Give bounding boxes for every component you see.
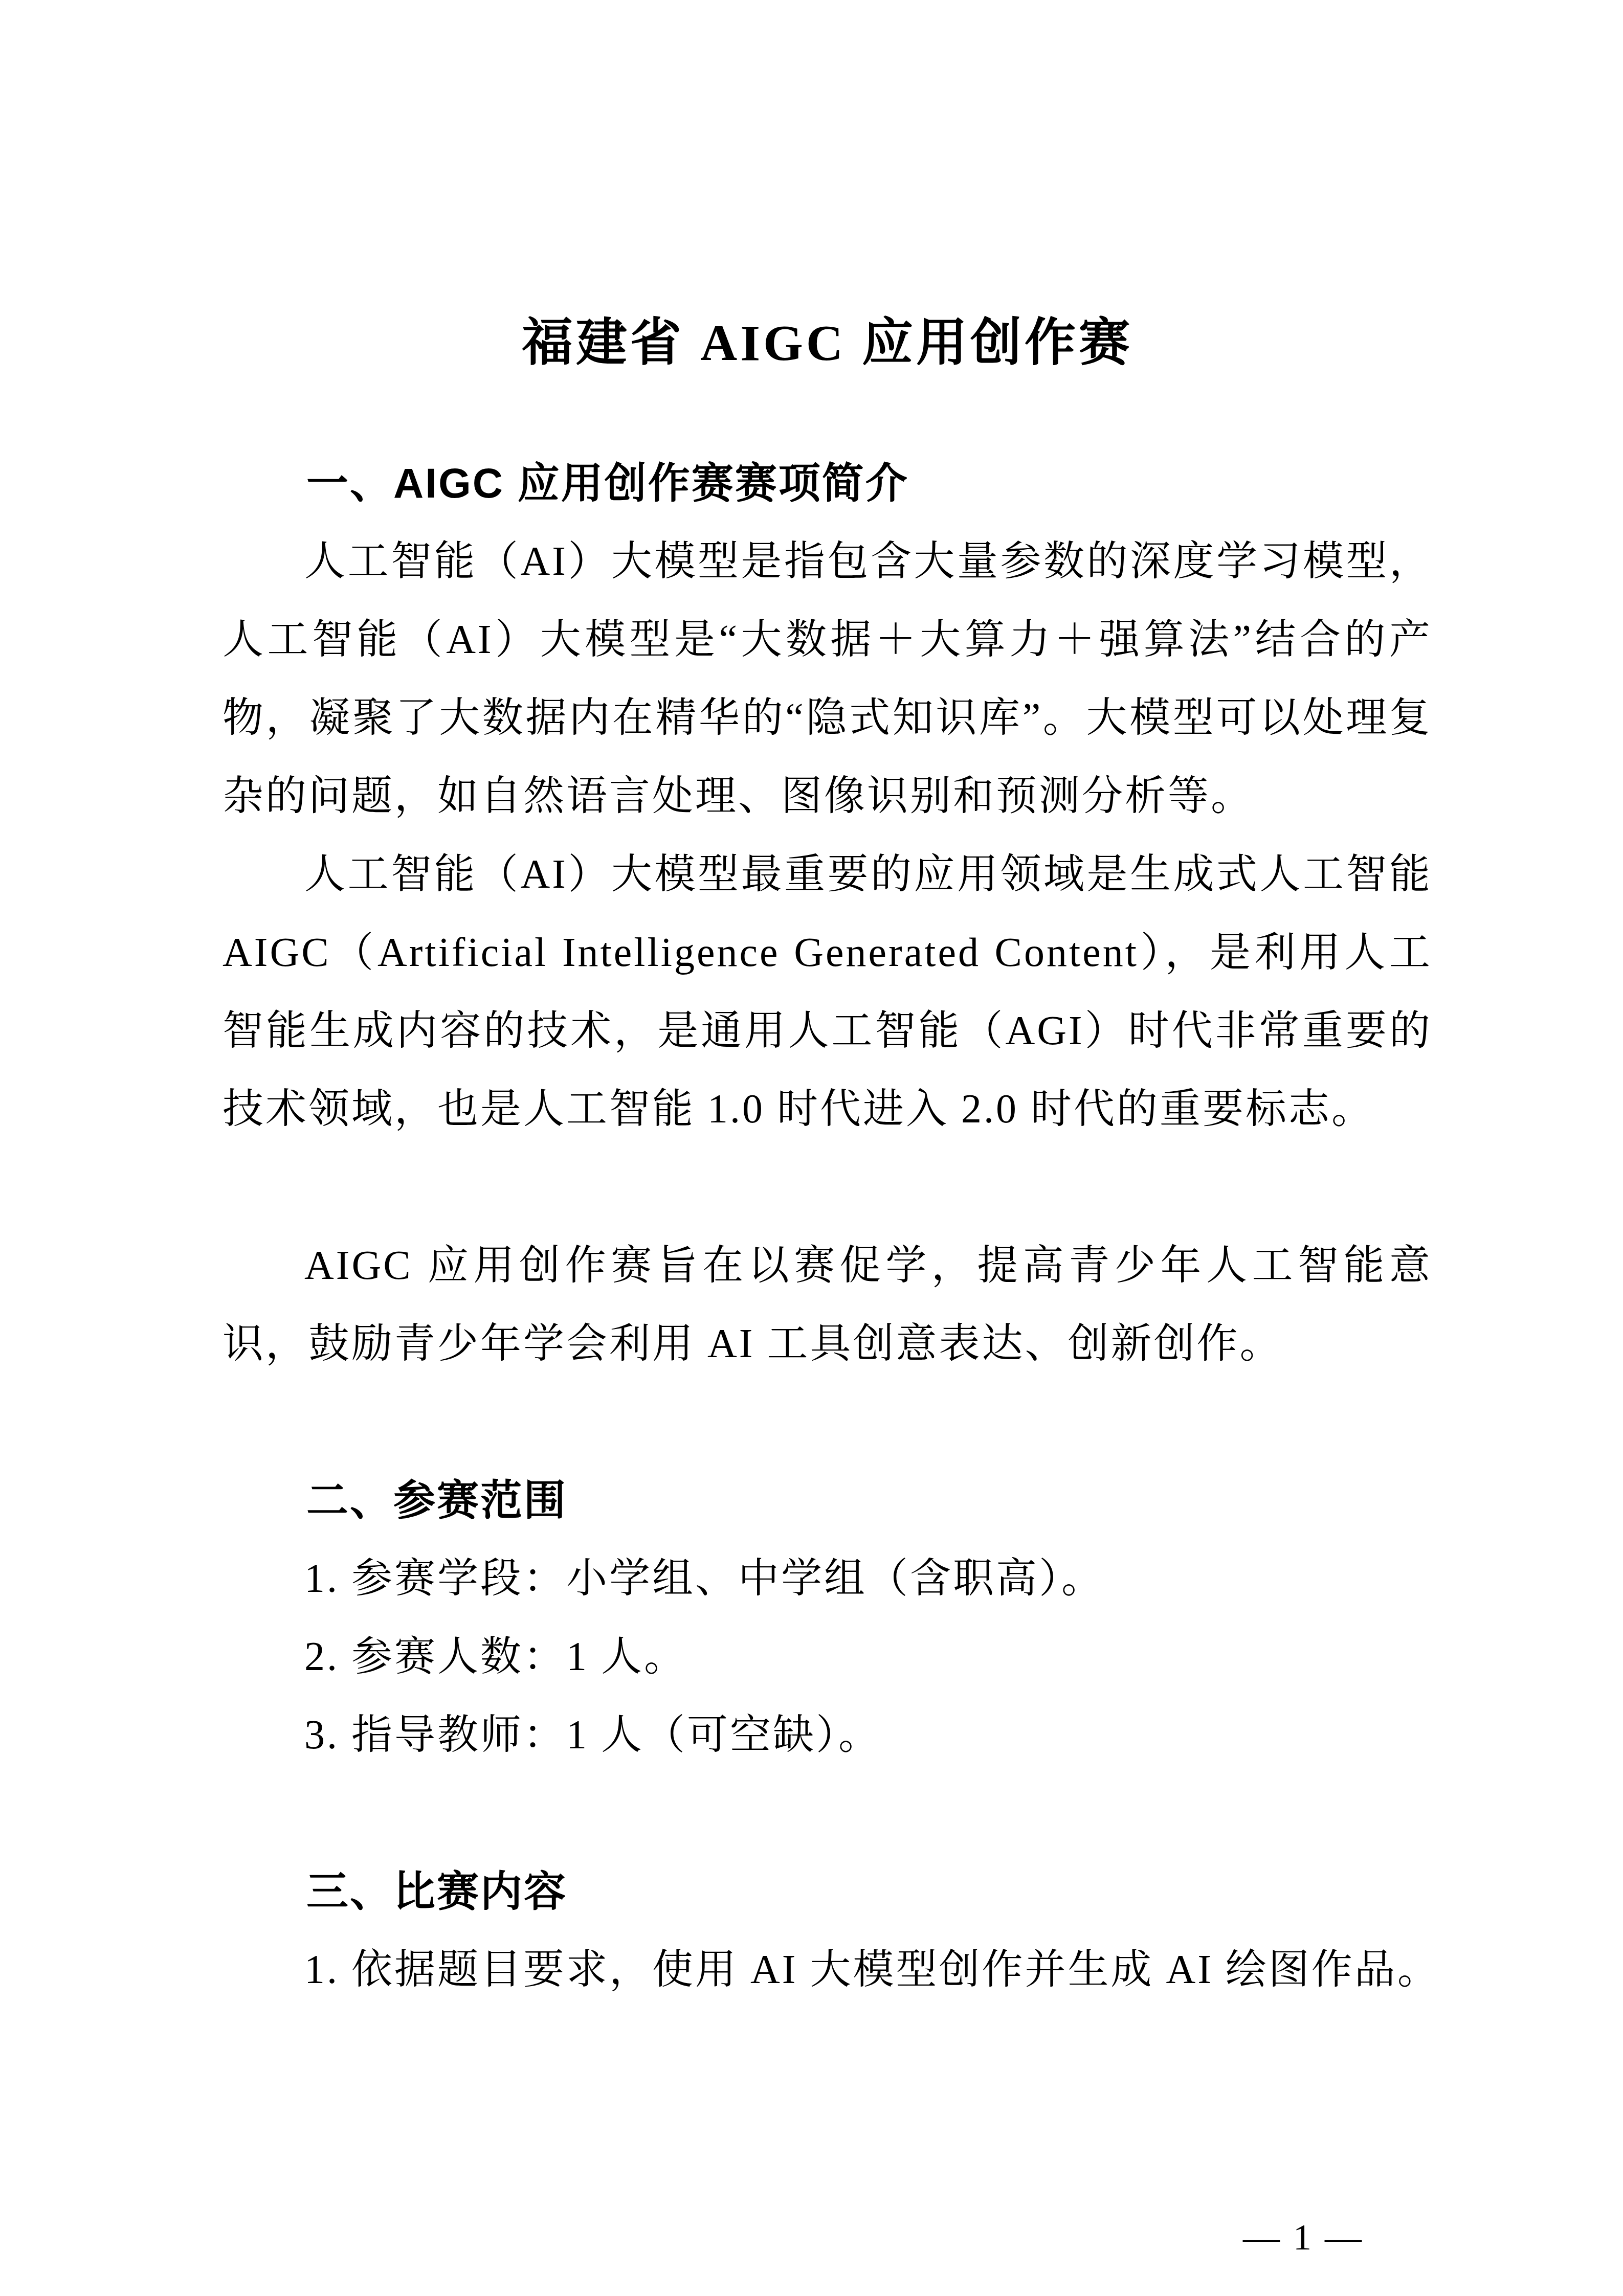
section-1-paragraph-2: 人工智能（AI）大模型最重要的应用领域是生成式人工智能 AIGC（Artific… [223,836,1432,1227]
section-3-item-1: 1. 依据题目要求，使用 AI 大模型创作并生成 AI 绘图作品。 [223,1931,1432,2009]
section-1-heading: 一、AIGC 应用创作赛赛项简介 [223,444,1432,523]
section-2-item-2: 2. 参赛人数：1 人。 [223,1618,1432,1696]
section-2-item-3: 3. 指导教师：1 人（可空缺）。 [223,1696,1432,1774]
document-page: 福建省 AIGC 应用创作赛 一、AIGC 应用创作赛赛项简介 人工智能（AI）… [0,0,1623,2296]
section-1-paragraph-3: AIGC 应用创作赛旨在以赛促学，提高青少年人工智能意识，鼓励青少年学会利用 A… [223,1227,1432,1383]
document-title: 福建省 AIGC 应用创作赛 [223,0,1432,385]
section-3-heading: 三、比赛内容 [223,1853,1432,1931]
section-2-heading: 二、参赛范围 [223,1461,1432,1540]
page-number: — 1 — [1243,2214,1364,2260]
section-1-paragraph-1: 人工智能（AI）大模型是指包含大量参数的深度学习模型，人工智能（AI）大模型是“… [223,523,1432,836]
section-2-item-1: 1. 参赛学段：小学组、中学组（含职高）。 [223,1540,1432,1618]
